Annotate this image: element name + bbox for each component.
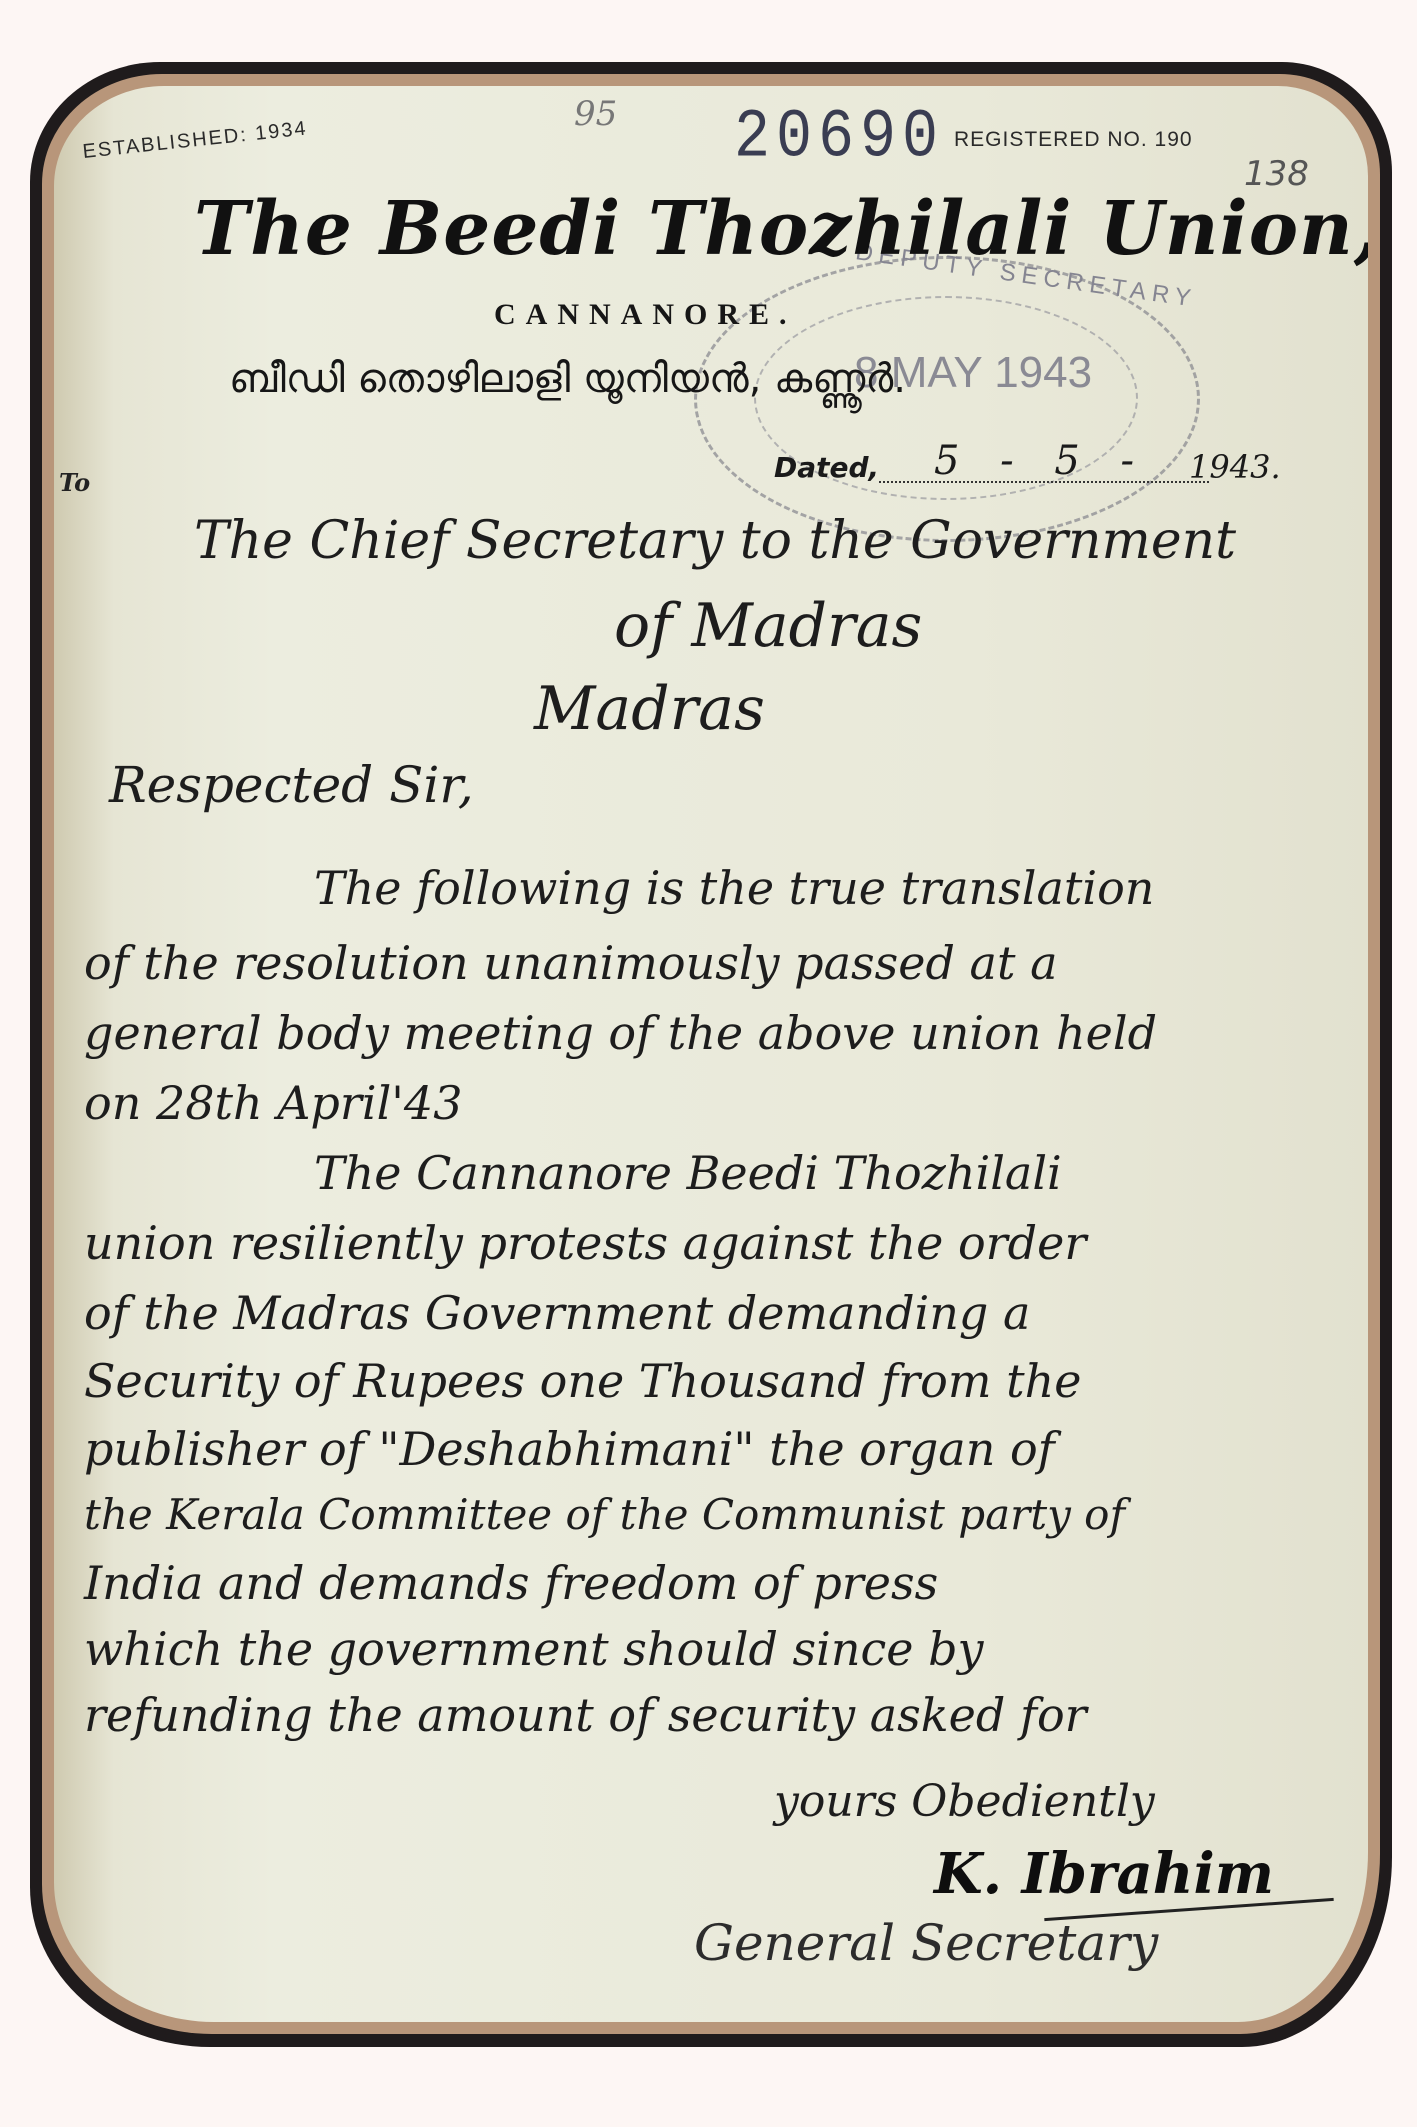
dated-year: 1943. [1189,448,1281,486]
body-line: the Kerala Committee of the Communist pa… [84,1490,1125,1539]
body-line: on 28th April'43 [84,1076,462,1130]
union-city: CANNANORE. [494,298,797,332]
body-line: which the government should since by [84,1622,984,1676]
addressee-line-1: The Chief Secretary to the Government [194,511,1236,571]
addressee-line-2: of Madras [614,591,922,661]
signatory-title: General Secretary [694,1914,1158,1972]
file-note: 95 [574,94,617,134]
union-name-malayalam: ബീഡി തൊഴിലാളി യൂനിയൻ, കണ്ണൂർ. [229,356,906,402]
union-name-heading: The Beedi Thozhilali Union, [194,186,1368,272]
salutation: Respected Sir, [109,756,474,814]
signature: K. Ibrahim [934,1841,1274,1907]
established-label: ESTABLISHED: 1934 [82,118,309,164]
body-line: general body meeting of the above union … [84,1006,1157,1060]
body-line: refunding the amount of security asked f… [84,1688,1087,1742]
file-number-stamp: 20690 [734,99,944,177]
body-line: of the Madras Government demanding a [84,1286,1030,1340]
dated-label: Dated, [774,451,879,484]
to-label: To [59,468,90,497]
body-line: Security of Rupees one Thousand from the [84,1354,1081,1408]
body-line: of the resolution unanimously passed at … [84,936,1058,990]
dated-value: 5 - 5 - [934,438,1148,484]
valediction: yours Obediently [774,1776,1155,1827]
body-line: The following is the true translation [314,861,1154,915]
body-line: publisher of "Deshabhimani" the organ of [84,1422,1055,1476]
body-line: India and demands freedom of press [84,1556,938,1610]
body-line: union resiliently protests against the o… [84,1216,1086,1270]
letter-page: 95 20690 ESTABLISHED: 1934 REGISTERED NO… [54,86,1368,2022]
registered-number: REGISTERED NO. 190 [954,128,1193,152]
addressee-line-3: Madras [534,674,765,744]
body-line: The Cannanore Beedi Thozhilali [314,1146,1062,1200]
